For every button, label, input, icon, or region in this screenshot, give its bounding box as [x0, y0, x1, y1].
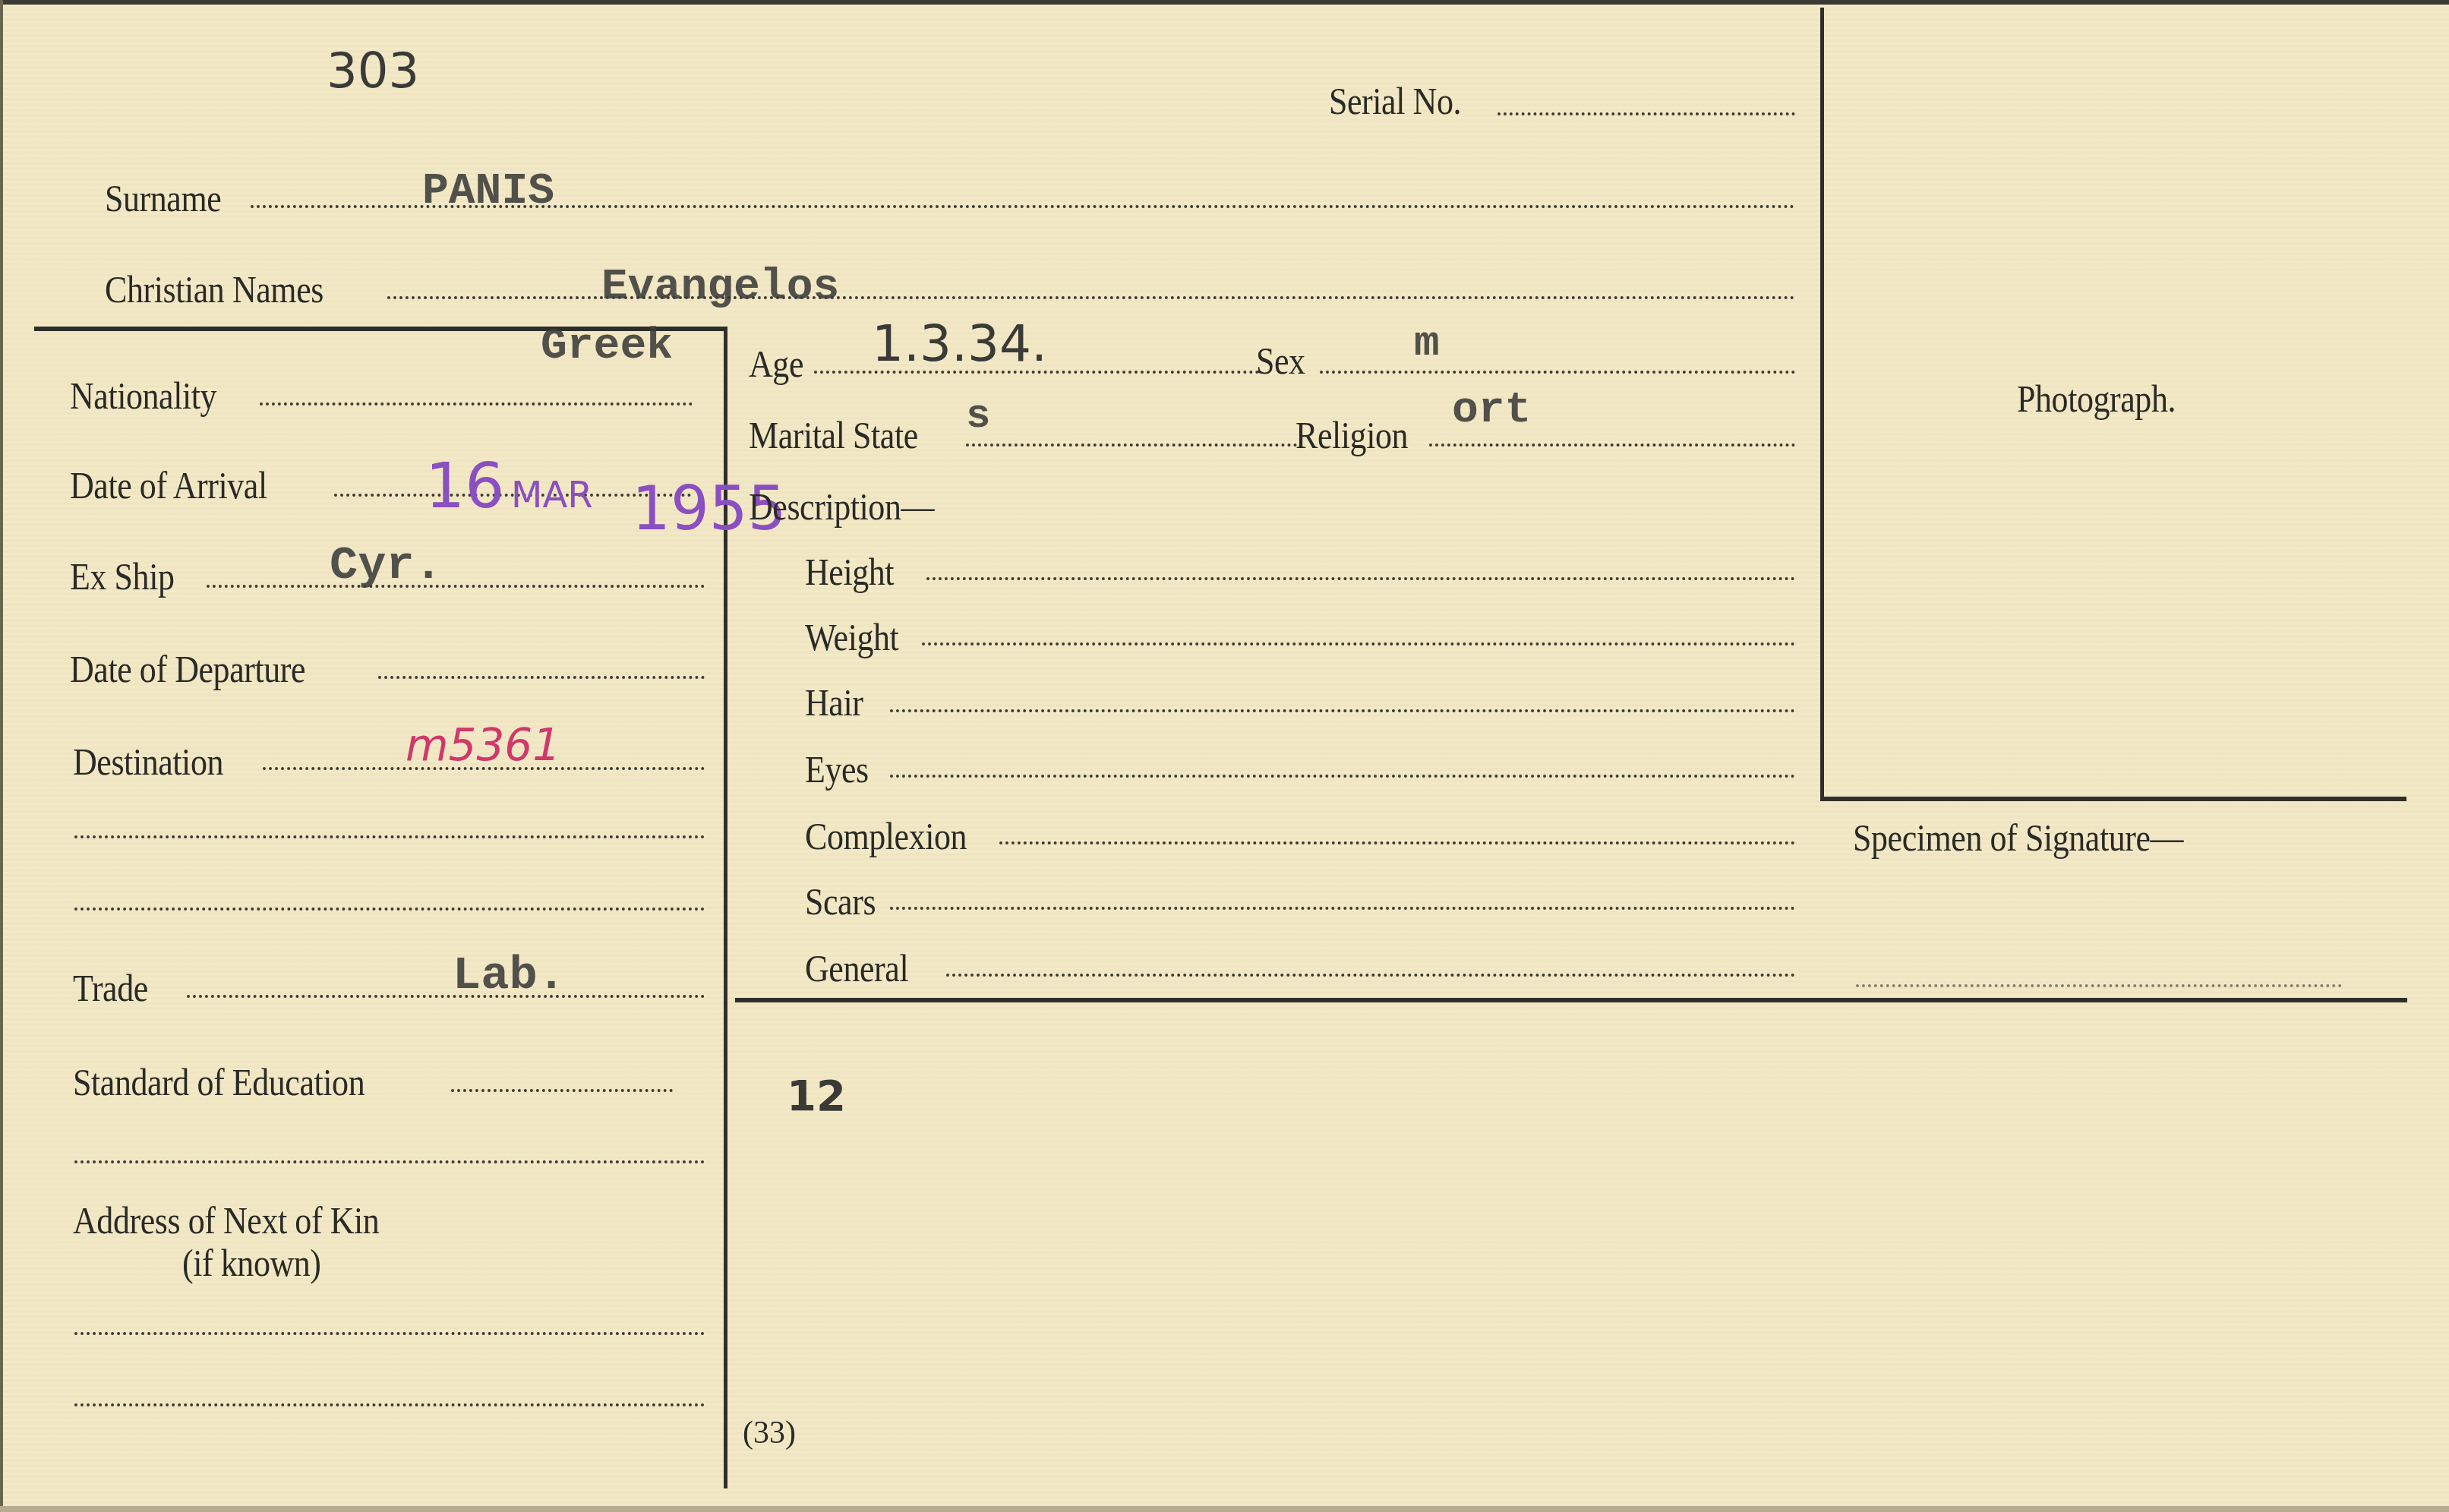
scars-label: Scars — [805, 882, 876, 920]
trade-label: Trade — [73, 969, 148, 1007]
eyes-label: Eyes — [805, 750, 869, 788]
education-field[interactable] — [451, 1089, 673, 1092]
stamp-month: MAR — [511, 477, 593, 513]
surname-label: Surname — [105, 179, 221, 217]
destination-field-line-3[interactable] — [74, 908, 705, 911]
serial-no-label: Serial No. — [1329, 82, 1461, 120]
description-label: Description— — [749, 488, 934, 526]
age-label: Age — [749, 345, 803, 383]
nationality-field[interactable] — [260, 402, 693, 406]
form-code: (33) — [743, 1417, 796, 1449]
divider-description-bottom — [735, 998, 2407, 1002]
complexion-label: Complexion — [805, 817, 967, 855]
trade-value: Lab. — [453, 952, 566, 999]
christian-names-value: Evangelos — [601, 266, 839, 310]
destination-value: m5361 — [406, 723, 560, 767]
nationality-label: Nationality — [70, 377, 216, 415]
bottom-note: 12 — [787, 1075, 846, 1118]
sex-label: Sex — [1256, 342, 1305, 380]
eyes-field[interactable] — [890, 775, 1795, 778]
trade-field[interactable] — [187, 995, 705, 998]
education-label: Standard of Education — [73, 1063, 365, 1101]
religion-label: Religion — [1296, 416, 1408, 454]
signature-label: Specimen of Signature— — [1853, 819, 2183, 857]
weight-field[interactable] — [922, 642, 1795, 646]
marital-state-label: Marital State — [749, 416, 918, 454]
left-edge — [0, 0, 3, 1512]
age-value: 1.3.34. — [872, 319, 1047, 369]
marital-state-field[interactable] — [966, 443, 1297, 447]
photo-box-bottom-border — [1820, 797, 2406, 801]
photograph-area — [1824, 8, 2406, 796]
top-border — [0, 0, 2449, 5]
height-field[interactable] — [926, 577, 1795, 580]
hair-label: Hair — [805, 683, 863, 721]
registration-card: 303 Serial No. Surname PANIS Christian N… — [0, 0, 2449, 1512]
christian-names-field[interactable] — [387, 296, 1795, 299]
marital-state-value: s — [966, 396, 990, 437]
destination-field-line-2[interactable] — [74, 835, 705, 838]
sex-field[interactable] — [1320, 371, 1795, 374]
complexion-field[interactable] — [999, 841, 1795, 844]
nationality-value: Greek — [541, 325, 673, 369]
stamp-day: 16 — [425, 456, 504, 518]
date-of-arrival-label: Date of Arrival — [70, 466, 267, 504]
education-field-line-2[interactable] — [74, 1160, 705, 1163]
ex-ship-value: Cyr. — [330, 542, 443, 589]
next-of-kin-field-line-1[interactable] — [74, 1332, 705, 1335]
surname-value: PANIS — [422, 170, 554, 214]
general-field[interactable] — [946, 974, 1795, 977]
next-of-kin-sublabel: (if known) — [182, 1244, 321, 1282]
sex-value: m — [1414, 322, 1440, 365]
ex-ship-label: Ex Ship — [70, 557, 175, 595]
general-label: General — [805, 949, 908, 987]
next-of-kin-field-line-2[interactable] — [74, 1403, 705, 1406]
weight-label: Weight — [805, 618, 898, 656]
destination-label: Destination — [73, 743, 223, 781]
date-of-departure-label: Date of Departure — [70, 650, 305, 688]
religion-value: ort — [1452, 389, 1531, 433]
hair-field[interactable] — [890, 709, 1795, 712]
scars-field[interactable] — [890, 907, 1795, 910]
next-of-kin-label: Address of Next of Kin — [73, 1201, 379, 1239]
signature-field[interactable] — [1856, 984, 2342, 987]
ex-ship-field[interactable] — [207, 585, 705, 588]
religion-field[interactable] — [1429, 443, 1795, 447]
bottom-edge — [0, 1506, 2449, 1512]
height-label: Height — [805, 553, 894, 591]
date-of-departure-field[interactable] — [378, 676, 705, 679]
christian-names-label: Christian Names — [105, 270, 323, 308]
serial-no-field[interactable] — [1497, 112, 1795, 115]
card-number: 303 — [327, 47, 419, 96]
